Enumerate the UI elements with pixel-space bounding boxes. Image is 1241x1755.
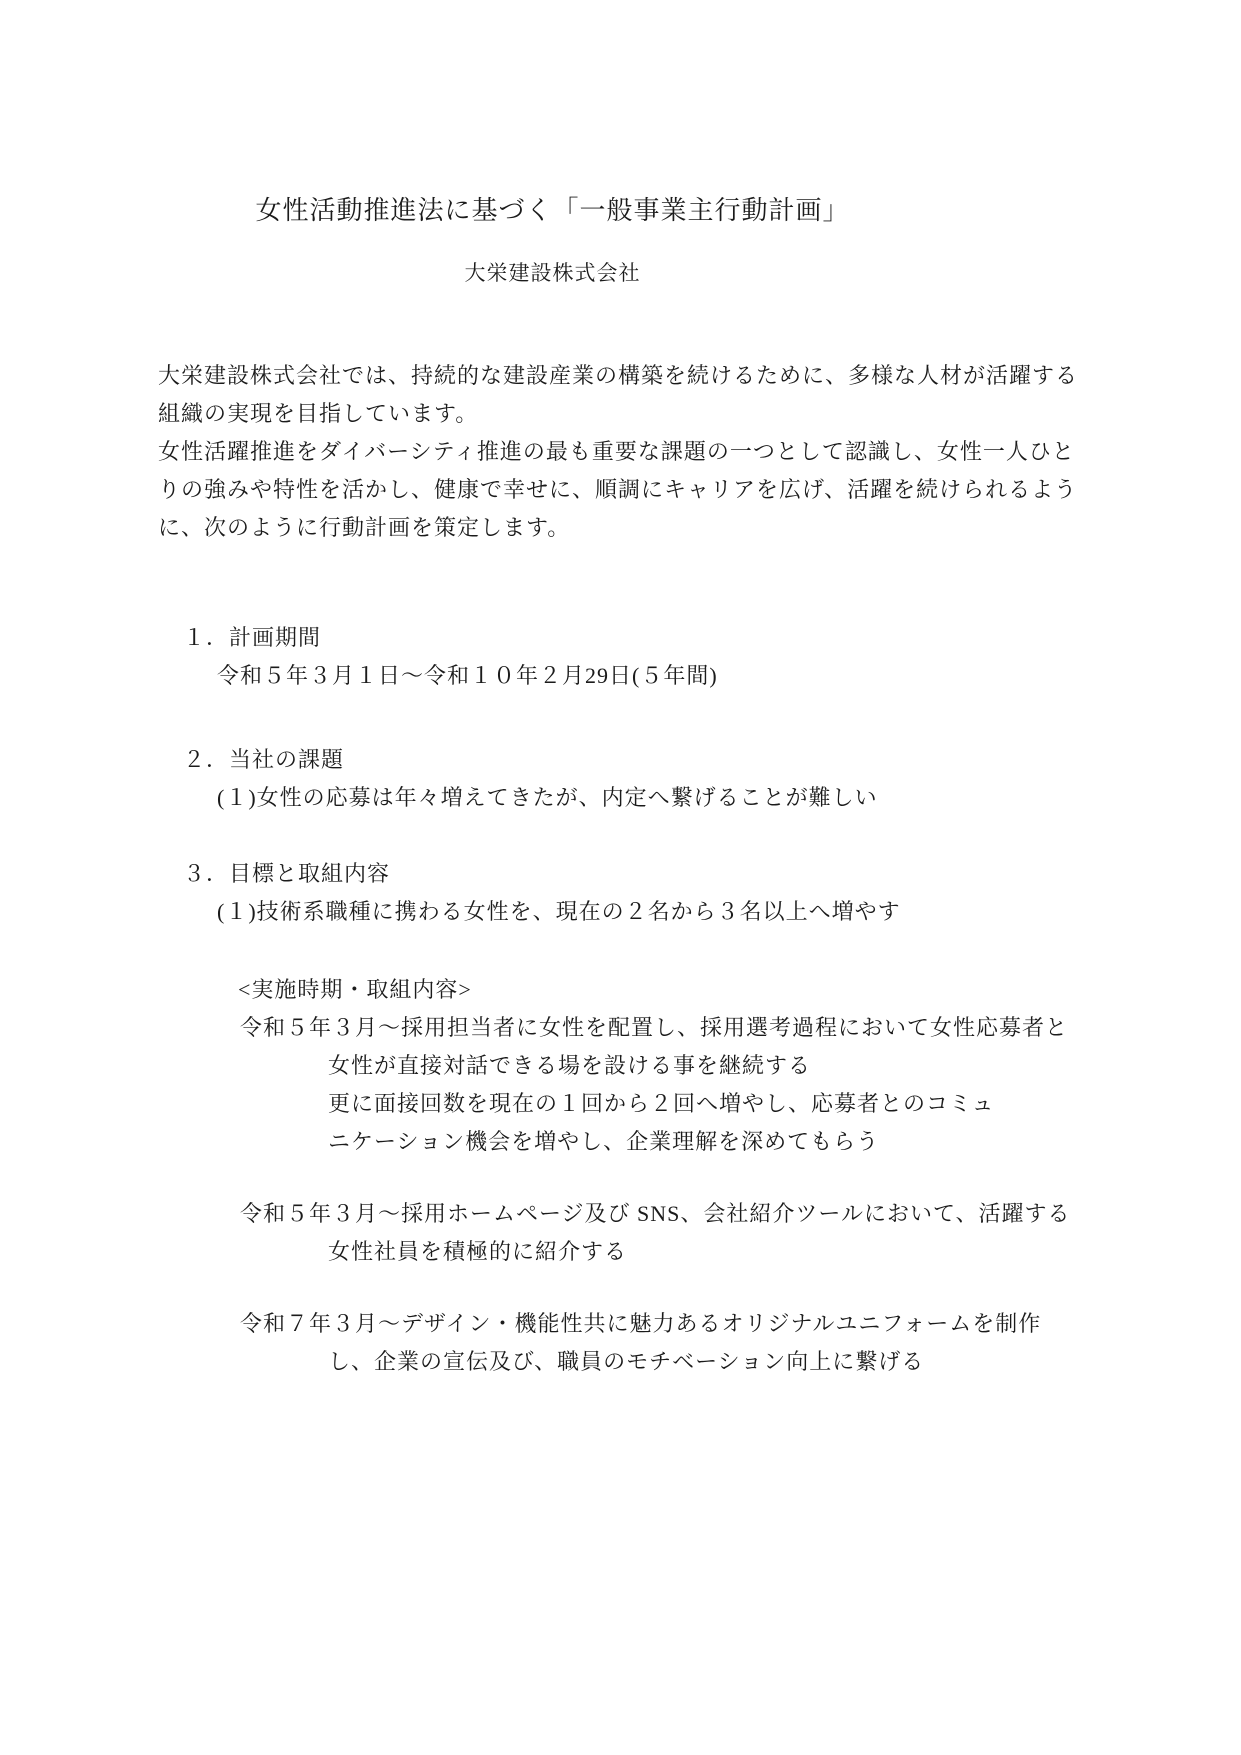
section-heading: ２．当社の課題 <box>158 741 1181 779</box>
implementation-line: 女性が直接対話できる場を設ける事を継続する <box>158 1047 1181 1085</box>
section-heading: ３．目標と取組内容 <box>158 855 1181 893</box>
implementation-line: ニケーション機会を増やし、企業理解を深めてもらう <box>158 1123 1181 1161</box>
intro-line: 女性活躍推進をダイバーシティ推進の最も重要な課題の一つとして認識し、女性一人ひと <box>158 433 1181 471</box>
section-heading: １．計画期間 <box>158 619 1181 657</box>
implementation-line: 令和５年３月～採用担当者に女性を配置し、採用選考過程において女性応募者と <box>158 1009 1181 1047</box>
implementation-line: 令和５年３月～採用ホームページ及び SNS、会社紹介ツールにおいて、活躍する <box>158 1195 1181 1233</box>
intro-line: 組織の実現を目指しています。 <box>158 395 1181 433</box>
intro-line: 大栄建設株式会社では、持続的な建設産業の構築を続けるために、多様な人材が活躍する <box>158 357 1181 395</box>
implementation-line: 令和７年３月～デザイン・機能性共に魅力あるオリジナルユニフォームを制作 <box>158 1305 1181 1343</box>
section-goals-initiatives: ３．目標と取組内容 (１)技術系職種に携わる女性を、現在の２名から３名以上へ増や… <box>158 855 1181 931</box>
implementation-item: 令和５年３月～採用ホームページ及び SNS、会社紹介ツールにおいて、活躍する 女… <box>158 1195 1181 1271</box>
intro-line: りの強みや特性を活かし、健康で幸せに、順調にキャリアを広げ、活躍を続けられるよう <box>158 471 1181 509</box>
goal-item: (１)技術系職種に携わる女性を、現在の２名から３名以上へ増やす <box>158 893 1181 931</box>
implementation-line: 更に面接回数を現在の１回から２回へ増やし、応募者とのコミュ <box>158 1085 1181 1123</box>
implementation-line: し、企業の宣伝及び、職員のモチベーション向上に繋げる <box>158 1343 1181 1381</box>
implementation-item: 令和７年３月～デザイン・機能性共に魅力あるオリジナルユニフォームを制作 し、企業… <box>158 1305 1181 1381</box>
document-header: 女性活動推進法に基づく「一般事業主行動計画」 大栄建設株式会社 <box>0 0 1105 287</box>
implementation-line: 女性社員を積極的に紹介する <box>158 1233 1181 1271</box>
document-page: 女性活動推進法に基づく「一般事業主行動計画」 大栄建設株式会社 大栄建設株式会社… <box>0 0 1241 1755</box>
implementation-item: 令和５年３月～採用担当者に女性を配置し、採用選考過程において女性応募者と 女性が… <box>158 1009 1181 1161</box>
plan-period-value: 令和５年３月１日～令和１０年２月29日(５年間) <box>158 657 1181 695</box>
document-body: 大栄建設株式会社では、持続的な建設産業の構築を続けるために、多様な人材が活躍する… <box>0 357 1241 1381</box>
section-company-issues: ２．当社の課題 (１)女性の応募は年々増えてきたが、内定へ繋げることが難しい <box>158 741 1181 817</box>
implementation-heading: <実施時期・取組内容> <box>158 971 1181 1009</box>
intro-paragraphs: 大栄建設株式会社では、持続的な建設産業の構築を続けるために、多様な人材が活躍する… <box>158 357 1181 547</box>
document-title: 女性活動推進法に基づく「一般事業主行動計画」 <box>0 193 1105 229</box>
company-issue-item: (１)女性の応募は年々増えてきたが、内定へ繋げることが難しい <box>158 779 1181 817</box>
intro-line: に、次のように行動計画を策定します。 <box>158 509 1181 547</box>
implementation-block: <実施時期・取組内容> 令和５年３月～採用担当者に女性を配置し、採用選考過程にお… <box>158 971 1181 1381</box>
section-plan-period: １．計画期間 令和５年３月１日～令和１０年２月29日(５年間) <box>158 619 1181 695</box>
company-name: 大栄建設株式会社 <box>0 259 1105 287</box>
